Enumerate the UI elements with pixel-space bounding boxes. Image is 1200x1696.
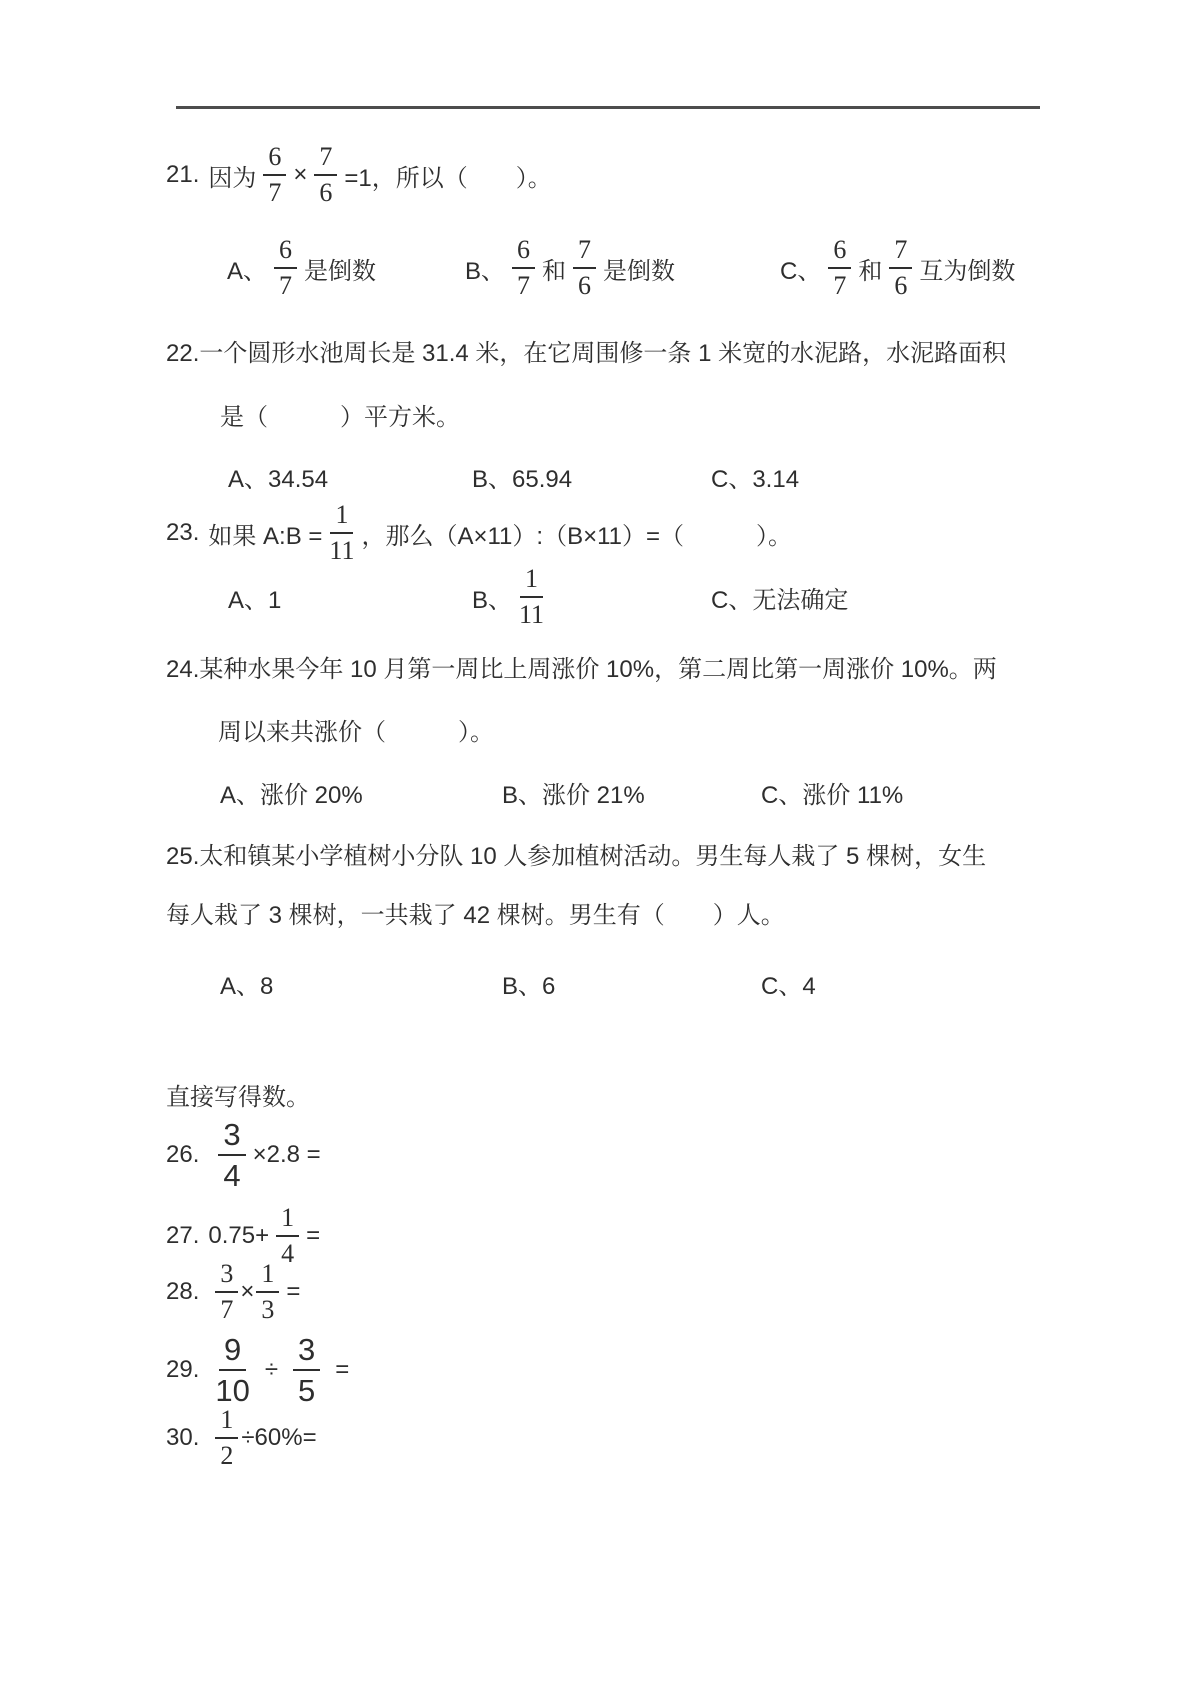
question-21-line: 21.因为67×76=1，所以（ ）。 [166,137,552,213]
question-23-options: A、1 B、111 C、无法确定 [228,559,848,635]
question-number: 28. [166,1278,199,1306]
question-text: 因为 [208,158,256,193]
fraction-denominator: 7 [279,269,292,300]
question-text: ÷60%= [241,1424,316,1452]
question-text: 24.某种水果今年 10 月第一周比上周涨价 10%，第二周比第一周涨价 10%… [166,649,997,684]
fraction: 111 [329,501,354,565]
option-a: A、8 [220,966,502,1001]
fraction: 35 [293,1333,320,1408]
option-c: C、涨价 11% [761,775,903,810]
fraction-numerator: 3 [215,1260,238,1293]
fraction-numerator: 6 [828,236,851,269]
question-number: 23. [166,519,199,547]
fraction-numerator: 6 [263,143,286,176]
fraction-numerator: 3 [218,1118,245,1156]
fraction-denominator: 2 [220,1439,233,1470]
option-b: B、6 [502,966,761,1001]
fraction-numerator: 1 [330,501,353,534]
question-text: =1，所以（ ）。 [344,158,551,193]
fraction-denominator: 7 [833,269,846,300]
option-a: A、67是倒数 [227,236,465,300]
option-label: C、 [780,251,821,286]
top-divider [176,106,1040,109]
option-label: B、 [472,580,512,615]
multiply-sign: × [293,161,307,189]
option-c: C、无法确定 [711,580,848,615]
fraction-numerator: 3 [293,1333,320,1371]
question-text: 22.一个圆形水池周长是 31.4 米，在它周围修一条 1 米宽的水泥路，水泥路… [166,333,1006,368]
question-text: 0.75+ [208,1222,269,1250]
fraction-numerator: 1 [276,1204,299,1237]
fraction-numerator: 9 [219,1333,246,1371]
fraction-denominator: 7 [220,1293,233,1324]
option-label: A、 [227,251,267,286]
option-text: 和 [858,251,882,286]
section-header-text: 直接写得数。 [166,1077,310,1112]
question-number: 21. [166,161,199,189]
fraction: 13 [256,1260,279,1324]
question-28-line: 28.37×13= [166,1256,300,1328]
fraction-denominator: 4 [223,1156,240,1192]
option-c: C、67和76互为倒数 [780,236,1015,300]
question-25-options: A、8 B、6 C、4 [220,968,816,998]
option-a: A、1 [228,580,472,615]
question-22-line-2: 是（ ）平方米。 [220,399,460,429]
question-22-options: A、34.54 B、65.94 C、3.14 [228,461,799,491]
fraction-denominator: 7 [517,269,530,300]
fraction: 76 [889,236,912,300]
fraction: 111 [519,565,544,629]
fraction-denominator: 6 [578,269,591,300]
fraction: 12 [215,1406,238,1470]
question-30-line: 30.12÷60%= [166,1402,317,1474]
fraction: 67 [263,143,286,207]
question-text: 如果 A:B = [208,516,322,551]
option-a: A、34.54 [228,459,472,494]
fraction: 910 [215,1333,249,1408]
question-22-line-1: 22.一个圆形水池周长是 31.4 米，在它周围修一条 1 米宽的水泥路，水泥路… [166,335,1006,365]
question-24-options: A、涨价 20% B、涨价 21% C、涨价 11% [220,777,903,807]
equals-sign: = [306,1222,320,1250]
option-b: B、65.94 [472,459,711,494]
option-a: A、涨价 20% [220,775,502,810]
option-text: 互为倒数 [919,251,1015,286]
fraction: 76 [314,143,337,207]
fraction: 67 [512,236,535,300]
question-text: 每人栽了 3 棵树，一共栽了 42 棵树。男生有（ ）人。 [166,895,785,930]
option-b: B、涨价 21% [502,775,761,810]
question-25-line-1: 25.太和镇某小学植树小分队 10 人参加植树活动。男生每人栽了 5 棵树，女生 [166,838,986,868]
option-text: 是倒数 [304,251,376,286]
equals-sign: = [335,1356,349,1384]
question-text: ×2.8 = [253,1141,321,1169]
fraction-numerator: 7 [573,236,596,269]
multiply-sign: × [240,1278,254,1306]
option-label: B、 [465,251,505,286]
fraction-numerator: 6 [512,236,535,269]
fraction-denominator: 11 [519,598,544,629]
option-b: B、111 [472,565,711,629]
fraction-numerator: 1 [520,565,543,598]
question-text: 是（ ）平方米。 [220,397,460,432]
divide-sign: ÷ [265,1356,278,1384]
option-c: C、4 [761,966,816,1001]
fraction-numerator: 7 [889,236,912,269]
fraction-numerator: 1 [256,1260,279,1293]
question-number: 30. [166,1424,199,1452]
fraction-numerator: 6 [274,236,297,269]
question-number: 29. [166,1356,199,1384]
question-text: 25.太和镇某小学植树小分队 10 人参加植树活动。男生每人栽了 5 棵树，女生 [166,836,986,871]
fraction: 34 [218,1118,245,1193]
question-26-line: 26.34×2.8 = [166,1117,321,1193]
fraction-denominator: 6 [894,269,907,300]
question-21-options: A、67是倒数 B、67和76是倒数 C、67和76互为倒数 [227,230,1015,306]
fraction: 67 [274,236,297,300]
option-text: 是倒数 [603,251,675,286]
fraction-denominator: 6 [319,176,332,207]
option-c: C、3.14 [711,459,799,494]
fraction-denominator: 7 [268,176,281,207]
fraction-numerator: 7 [314,143,337,176]
fraction: 37 [215,1260,238,1324]
exam-page: 21.因为67×76=1，所以（ ）。 A、67是倒数 B、67和76是倒数 C… [0,0,1200,1696]
question-24-line-2: 周以来共涨价（ ）。 [218,714,494,744]
option-text: 和 [542,251,566,286]
question-29-line: 29.910÷35= [166,1332,349,1408]
fraction-denominator: 3 [261,1293,274,1324]
question-25-line-2: 每人栽了 3 棵树，一共栽了 42 棵树。男生有（ ）人。 [166,897,785,927]
question-text: 周以来共涨价（ ）。 [218,712,494,747]
fraction: 67 [828,236,851,300]
equals-sign: = [286,1278,300,1306]
question-number: 27. [166,1222,199,1250]
option-b: B、67和76是倒数 [465,236,780,300]
question-text: ，那么（A×11）:（B×11）=（ ）。 [361,516,792,551]
question-number: 26. [166,1141,199,1169]
fraction-numerator: 1 [215,1406,238,1439]
question-24-line-1: 24.某种水果今年 10 月第一周比上周涨价 10%，第二周比第一周涨价 10%… [166,651,997,681]
section-header-direct-calculation: 直接写得数。 [166,1079,310,1109]
fraction: 76 [573,236,596,300]
